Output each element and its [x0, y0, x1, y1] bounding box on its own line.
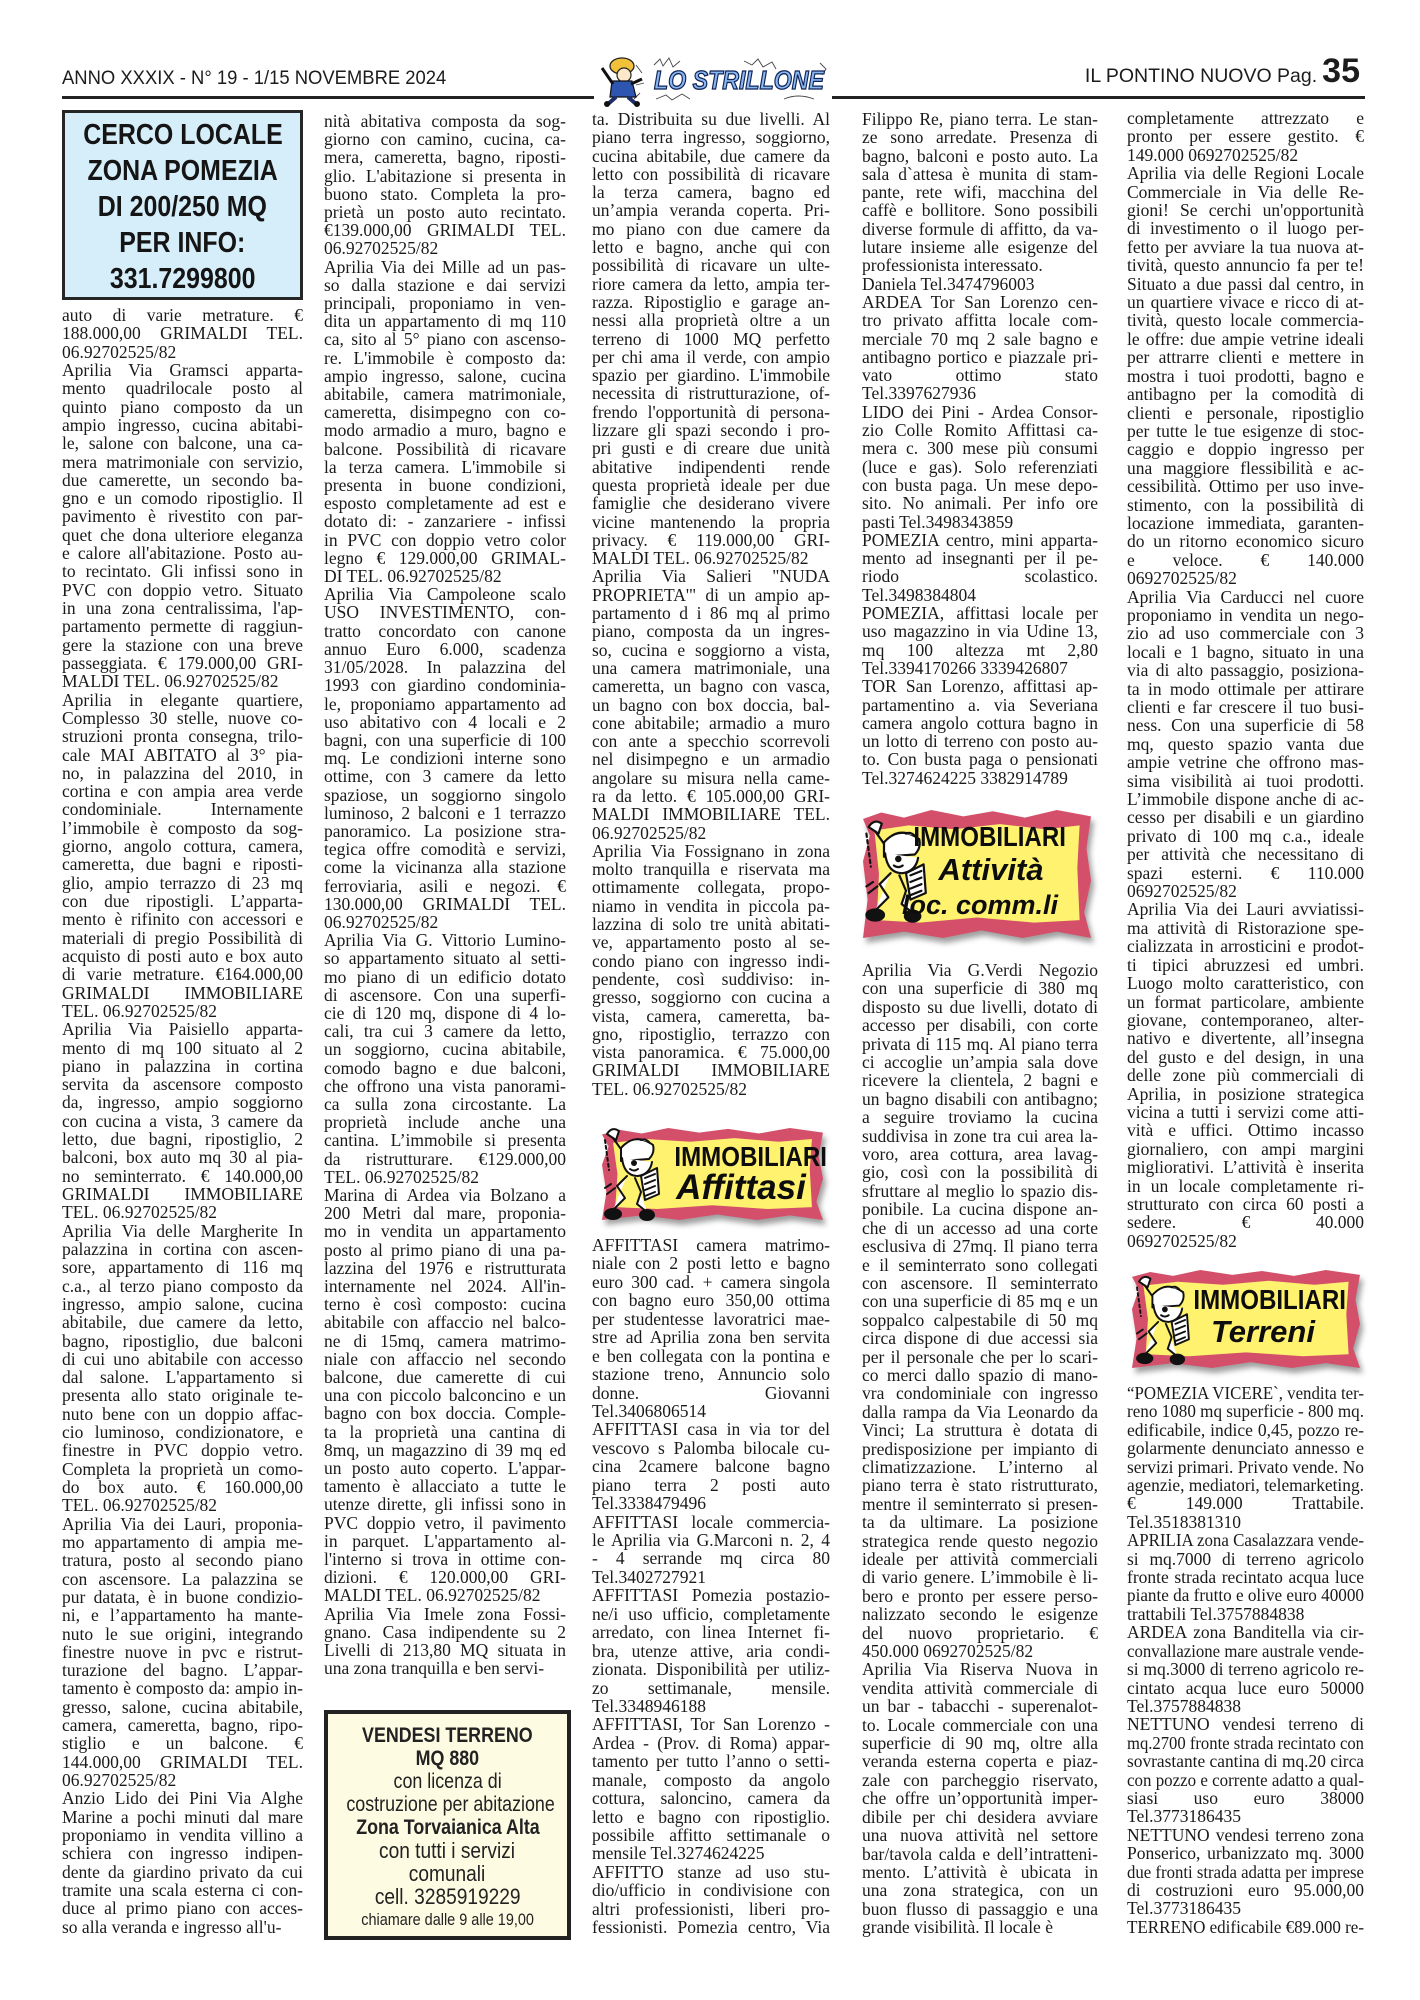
listing-line-text: nel disimpegno e un armadio [592, 749, 830, 769]
listing-line-text: Marina di Ardea via Bolzano a [324, 1185, 566, 1205]
listing-line-text: AFFITTO stanze ad uso stu- [592, 1862, 830, 1882]
newsboy-logo-icon: LO STRILLONE [594, 53, 832, 107]
listing-line: diverse formule di affitto, da va- [862, 220, 1098, 238]
listing-line-text: ideale per attività commerciali [862, 1549, 1098, 1569]
banner-label: IMMOBILIARI [1181, 1285, 1341, 1315]
listing-line-text: TERRENO edificabile €89.000 re- [1127, 1918, 1364, 1936]
listing-line: ca, sito al 5° piano con ascenso- [324, 330, 566, 348]
listing-line: niale con 2 posti letto e bagno [592, 1254, 830, 1272]
listing-line: si mq.3000 di terreno agricolo re- [1127, 1660, 1364, 1678]
listing-line-text: privato di 100 mq c.a., ideale [1127, 826, 1364, 846]
listing-line: mo piano di un edificio dotato [324, 968, 566, 986]
listing-line-text: un bar - tabacchi - superenalot- [862, 1696, 1098, 1716]
listing-line-text: ca sulla zona circostante. La [324, 1094, 566, 1114]
listing-line: Completa la proprietà un como- [62, 1460, 303, 1478]
listing-line-text: partamentino a. via Severiana [862, 695, 1098, 715]
listing-line-text: accesso per disabili, con corte [862, 1015, 1098, 1035]
listing-line-text: - 4 serrande mq circa 80 [592, 1548, 830, 1568]
listing-line-text: to. Con busta paga o pensionati [862, 749, 1098, 769]
listing-line: letto con possibilità di ricavare [592, 165, 830, 183]
listing-line-text: mento quadrilocale posto al [62, 378, 303, 398]
listing-line-text: LIDO dei Pini - Ardea Consor- [862, 402, 1098, 422]
listing-line-text: clienti e personale, ripostiglio [1127, 403, 1364, 423]
listing-line-text: uso magazzino in via Udine 13, [862, 621, 1098, 641]
listing-line-text: buon flusso di passaggio e una [862, 1899, 1098, 1919]
listing-line: abitabile, camera matrimoniale, [324, 385, 566, 403]
listing-line: dotato di: - zanzariere - infissi [324, 512, 566, 530]
listing-line-text: 31/05/2028. In palazzina del [324, 657, 566, 677]
listing-line: stimento, con la possibilità di [1127, 496, 1364, 514]
listing-line-text: ness. Con una superficie di 58 [1127, 715, 1364, 735]
ad-line: PER INFO: [65, 225, 300, 261]
listing-line-text: agenzie, mediatori, telemarketing. [1127, 1476, 1364, 1494]
listing-line-text: frendo l'opportunità di persona- [592, 402, 830, 422]
listing-line-text: mera, cameretta, bagno, riposti- [324, 147, 566, 167]
listing-line-text: spazio per giardino. L'immobile [592, 365, 830, 385]
listing-line: sfruttare al meglio lo spazio dis- [862, 1182, 1098, 1200]
listing-line-text: gioni! Se cerchi un'opportunità [1127, 200, 1364, 220]
listing-line: stre ad Aprilia zona ben servita [592, 1328, 830, 1346]
listing-line-text: 0692702525/82 [1127, 568, 1237, 588]
listing-line-text: ampie vetrine che offrono mas- [1127, 752, 1364, 772]
listing-line: gresso, salone, cucina abitabile, [62, 1698, 303, 1716]
listing-line-text: antibagno per la comodità di [1127, 384, 1364, 404]
listing-line-text: tratto concordato con canone [324, 621, 566, 641]
listing-line: abitabile, due camere da letto, [62, 1313, 303, 1331]
listing-line: circa dispone di due accessi sia [862, 1329, 1098, 1347]
listing-line: pavimento è rivestito con par- [62, 507, 303, 525]
listing-line-text: con busta paga. Un mese depo- [862, 475, 1098, 495]
listing-line: Aprilia, in posizione strategica [1127, 1085, 1364, 1103]
listing-line-text: ta. Distribuita su due livelli. Al [592, 109, 830, 129]
listing-line-text: terreno di 1000 MQ perfetto [592, 329, 830, 349]
listing-line: TEL. 06.92702525/82 [592, 1080, 830, 1098]
listing-line-text: cina 2camere balcone bagno [592, 1456, 830, 1476]
listing-line: ness. Con una superficie di 58 [1127, 716, 1364, 734]
listing-line-text: con una superficie di 85 mq e un [862, 1291, 1098, 1311]
listing: Aprilia Via delle Margherite Inpalazzina… [62, 1222, 303, 1515]
listing-line-text: che offre un’opportunità imper- [862, 1788, 1098, 1808]
listing-line: fessionisti. Pomezia centro, Via [592, 1918, 830, 1936]
listing-line-text: disposto su due livelli, dotato di [862, 997, 1098, 1017]
listing-line-text: Marine a pochi minuti dal mare [62, 1807, 303, 1827]
listing-line: nuto le sue origini, integrando [62, 1625, 303, 1643]
listing-line-text: pasti Tel.3498343859 [862, 512, 1013, 532]
listing-line: Anzio Lido dei Pini Via Alghe [62, 1789, 303, 1807]
listing-line: glio. L'abitazione si presenta in [324, 167, 566, 185]
listing-line: ta. Distribuita su due livelli. Al [592, 110, 830, 128]
listing-line: Situato a due passi dal centro, in [1127, 275, 1364, 293]
listing-line: cameretta, un bagno con vasca, [592, 677, 830, 695]
listing: Aprilia Via dei Mille ad un pas-so dalla… [324, 258, 566, 586]
listing-line-text: sedere. € 40.000 [1127, 1212, 1364, 1232]
listing-line: Filippo Re, piano terra. Le stan- [862, 110, 1098, 128]
banner-subcategory-text: loc. comm.li [902, 888, 1058, 922]
listing-line: come la vicinanza alla stazione [324, 858, 566, 876]
listing-line: TEL. 06.92702525/82 [324, 1168, 566, 1186]
listing-line-text: finestre nuove in pvc e ristrut- [62, 1642, 303, 1662]
listing-line: nativo e divertente, all’insegna [1127, 1029, 1364, 1047]
publication-name: IL PONTINO NUOVO Pag. [1085, 65, 1317, 88]
listing-line-text: NETTUNO vendesi terreno di [1127, 1714, 1364, 1734]
listing-line: DI TEL. 06.92702525/82 [324, 567, 566, 585]
listing-line-text: 06.92702525/82 [324, 238, 438, 258]
listing-line-text: balcone, due camerette di cui [324, 1367, 566, 1387]
listing-line-text: un format particolare, ambiente [1127, 992, 1364, 1012]
listing-line-text: spazi esterni. € 110.000 [1127, 863, 1364, 883]
listing-line: mento. L’attività è ubicata in [862, 1863, 1098, 1881]
listing-line-text: edificabile, indice 0,45, pozzo re- [1127, 1420, 1364, 1440]
listing-line-text: pri gusti e di creare due unità [592, 438, 830, 458]
listing-line-text: possibile affitto settimanale o [592, 1825, 830, 1845]
listing-line: quet che dona ulteriore eleganza [62, 526, 303, 544]
listing-line: le, proponiamo appartamento ad [324, 695, 566, 713]
listing-line: con cucina a vista, 3 camere da [62, 1112, 303, 1130]
listing-line: ottimamente collegata, propo- [592, 878, 830, 896]
listing-line: giovane, contemporaneo, alter- [1127, 1011, 1364, 1029]
listing-line: un quartiere vivace e ricco di at- [1127, 293, 1364, 311]
listing-line: ne di 15mq, camera matrimo- [324, 1332, 566, 1350]
listing-line: tamento per tutto l’anno o setti- [592, 1752, 830, 1770]
listing-line-text: sito. No animali. Per info ore [862, 493, 1098, 513]
listing-line-text: quet che dona ulteriore eleganza [62, 525, 303, 545]
listing-line: un posto auto coperto. L'appar- [324, 1459, 566, 1477]
listing-line-text: DI TEL. 06.92702525/82 [324, 566, 502, 586]
listing-line-text: quinto piano composto da un [62, 397, 303, 417]
listing-line-text: come la vicinanza alla stazione [324, 857, 566, 877]
listing-line-text: antibagno portico e piazzale pri- [862, 347, 1098, 367]
listing-line-text: una maggiore flessibilità e ac- [1127, 458, 1364, 478]
listing-line-text: mo piano di un edificio dotato [324, 967, 566, 987]
listing-line: stiglio e un balcone. € [62, 1734, 303, 1752]
listing-line: Aprilia in elegante quartiere, [62, 691, 303, 709]
listing-line-text: per attrarre clienti e mettere in [1127, 347, 1364, 367]
listing-line-text: Aprilia Via Fossignano in zona [592, 841, 830, 861]
listing-line: bar/tavola calda e dell’intratteni- [862, 1845, 1098, 1863]
listing-line: Tel.3397627936 [862, 384, 1098, 402]
listing-line-text: mq, questo spazio vanta due [1127, 734, 1364, 754]
listing-line-text: 06.92702525/82 [62, 342, 176, 362]
listing-line-text: ra da letto. € 105.000,00 GRI- [592, 786, 830, 806]
listing-line: dizioni. € 120.000,00 GRI- [324, 1568, 566, 1586]
listing-line-text: materiali di pregio Possibilità di [62, 928, 303, 948]
listing-line-text: l'interno si trova in ottime con- [324, 1549, 566, 1569]
listing-line: partamento d i 86 mq al primo [592, 604, 830, 622]
listing-line-text: NETTUNO vendesi terreno zona [1127, 1825, 1364, 1845]
ad-line-text: comunali [409, 1862, 486, 1885]
banner-category: Affittasi [661, 1171, 821, 1205]
listing-line-text: mentre il seminterrato si presen- [862, 1494, 1098, 1514]
listing-line-text: 06.92702525/82 [324, 912, 438, 932]
listing-line-text: POMEZIA centro, mini apparta- [862, 530, 1098, 550]
listing-line: caffè e bollitore. Sono possibili [862, 201, 1098, 219]
listing-line-text: abitative indipendenti rende [592, 457, 830, 477]
listing-line: gno e un comodo ripostiglio. Il [62, 489, 303, 507]
listing-line-text: esclusiva di 27mq. Il piano terra [862, 1236, 1098, 1256]
listing-line-text: so dalla stazione e dai servizi [324, 275, 566, 295]
listing-line: AFFITTASI camera matrimo- [592, 1236, 830, 1254]
listing-line: 06.92702525/82 [324, 913, 566, 931]
listing-line: ricevere la clientela, 2 bagni e [862, 1071, 1098, 1089]
listing-line-text: e il seminterrato sono collegati [862, 1255, 1098, 1275]
listing-line-text: le, proponiamo appartamento ad [324, 694, 566, 714]
listing-line-text: abitabile, camera matrimoniale, [324, 384, 566, 404]
listing-line-text: dibile per chi desidera avviare [862, 1807, 1098, 1827]
listing-line: 06.92702525/82 [62, 1771, 303, 1789]
listing-line: manale, composto da angolo [592, 1771, 830, 1789]
listing-line: con bagno euro 350,00 ottima [592, 1291, 830, 1309]
listing-line-text: completamente attrezzato e [1127, 108, 1364, 128]
listing-line: molto tranquilla e riservata ma [592, 860, 830, 878]
listing-line: sito. No animali. Per info ore [862, 494, 1098, 512]
listing-line: Aprilia Via Gramsci apparta- [62, 361, 303, 379]
listing-line: con due ripostigli. L’apparta- [62, 892, 303, 910]
listing-line: ampio ingresso, cucina abitabi- [62, 416, 303, 434]
listing-line: per attività che necessitano di [1127, 845, 1364, 863]
listing-line-text: possibilità di ricavare un ulte- [592, 255, 830, 275]
listing-line: con una superficie di 85 mq e un [862, 1292, 1098, 1310]
listing-line-text: ti tipici abruzzesi ed umbri. [1127, 955, 1364, 975]
listing-line-text: 130.000,00 GRIMALDI TEL. [324, 894, 566, 914]
listing-line: uso magazzino in via Udine 13, [862, 622, 1098, 640]
listing-line-text: Daniela Tel.3474796003 [862, 274, 1034, 294]
listing-line: struzioni pronta consegna, trilo- [62, 727, 303, 745]
listing-line: migliorativi. L’attività è inserita [1127, 1158, 1364, 1176]
listing-line-text: tamento è allacciato a tutte le [324, 1476, 566, 1496]
listing: Aprilia Via Riserva Nuova invendita atti… [862, 1660, 1098, 1936]
listing-line-text: e veloce. € 140.000 [1127, 550, 1364, 570]
listing-line: re. L'immobile è composto da: [324, 349, 566, 367]
listing-line: nalizzato secondo le esigenze [862, 1605, 1098, 1623]
listing-line: gioni! Se cerchi un'opportunità [1127, 201, 1364, 219]
listing-line-text: sala d`attesa è munita di stam- [862, 164, 1098, 184]
listing-line-text: posto al primo piano di una pa- [324, 1240, 566, 1260]
listing-line: da, ingresso, ampio soggiorno [62, 1093, 303, 1111]
listing-line: mo in vendita un appartamento [324, 1222, 566, 1240]
listing-line-text: Aprilia Via Gramsci apparta- [62, 360, 303, 380]
listing-line: piano in palazzina in cortina [62, 1057, 303, 1075]
listing-line: materiali di pregio Possibilità di [62, 929, 303, 947]
listing-line-text: do box auto. € 160.000,00 [62, 1477, 303, 1497]
listing-line-text: panoramico. La posizione stra- [324, 821, 566, 841]
ad-line-text: con tutti i servizi [379, 1839, 515, 1862]
listing-line: bagni, con una superficie di 100 [324, 731, 566, 749]
listing-line-text: niale con 2 posti letto e bagno [592, 1253, 830, 1273]
listing-line: con ascensore. Il seminterrato [862, 1274, 1098, 1292]
listing-line: privacy. € 119.000,00 GRI- [592, 531, 830, 549]
ad-line-text: DI 200/250 MQ [98, 189, 267, 225]
listing: Aprilia Via Fossignano in zonamolto tran… [592, 842, 830, 1098]
listing-line-text: cameretta, un bagno con vasca, [592, 676, 830, 696]
listing-line-text: mensile Tel.3274624225 [592, 1843, 764, 1863]
listing-line: 188.000,00 GRIMALDI TEL. [62, 324, 303, 342]
listing-line: 0692702525/82 [1127, 1232, 1364, 1250]
listing-line: riodo scolastico. [862, 567, 1098, 585]
listing-line-text: trattabili Tel.3757884838 [1127, 1604, 1304, 1624]
listing-line-text: re. L'immobile è composto da: [324, 348, 566, 368]
listing-line-text: pur datata, è in buone condizio- [62, 1587, 303, 1607]
listing-line-text: giorno, angolo cottura, camera, [62, 836, 303, 856]
listing-line: e calore all'abitazione. Posto au- [62, 544, 303, 562]
listing-line-text: ze sono arredate. Presenza di [862, 127, 1098, 147]
listing-line: vicine mantenendo la propria [592, 513, 830, 531]
listing-line-text: suddivisa in zone tra cui area la- [862, 1126, 1098, 1146]
column-2-listings: nità abitativa composta da sog-giorno co… [324, 112, 566, 1677]
listing-line: cio luminoso, condizionatore, e [62, 1423, 303, 1441]
listing-line: spazi esterni. € 110.000 [1127, 864, 1364, 882]
listing-line: tramite una scala esterna ci con- [62, 1881, 303, 1899]
listing-line-text: principali, proponiamo in ven- [324, 293, 566, 313]
listing-line-text: ARDEA Tor San Lorenzo cen- [862, 292, 1098, 312]
listing-line: AFFITTO stanze ad uso stu- [592, 1863, 830, 1881]
listing-line: accesso per disabili, con corte [862, 1016, 1098, 1034]
listing-line-text: golarmente denunciato annesso e [1127, 1438, 1364, 1458]
listing-line: € 149.000 Trattabile. [1127, 1494, 1364, 1512]
listing-line-text: camera angolo cottura bagno in [862, 713, 1098, 733]
listing-line-text: so alla veranda e ingresso all'u- [62, 1917, 281, 1937]
listing-line: Aprilia Via dei Lauri avviatissi- [1127, 900, 1364, 918]
listing-line: dal salone. L'appartamento si [62, 1368, 303, 1386]
listing-line-text: cesso per disabili e un giardino [1127, 807, 1364, 827]
listing-line-text: una zona tranquilla e ben servi- [324, 1658, 544, 1678]
listing-line-text: 0692702525/82 [1127, 1231, 1237, 1251]
listing-line-text: circa dispone di due accessi sia [862, 1328, 1098, 1348]
listing-line: tività, questo locale commercia- [1127, 311, 1364, 329]
listing-line-text: finestre in PVC doppio vetro. [62, 1440, 303, 1460]
listing-line-text: clienti e far crescere il tuo busi- [1127, 697, 1364, 717]
listing-line: vato ottimo stato [862, 366, 1098, 384]
listing-line-text: ne/i uso ufficio, completamente [592, 1604, 830, 1624]
listing-line: nità abitativa composta da sog- [324, 112, 566, 130]
listing-line: bagno con box doccia. Comple- [324, 1404, 566, 1422]
listing-line: to recintato. Gli infissi sono in [62, 562, 303, 580]
listing-line: locali e 1 bagno, situato in una [1127, 643, 1364, 661]
listing-line: sore, appartamento di 116 mq [62, 1258, 303, 1276]
listing-line: Aprilia Via Paisiello apparta- [62, 1020, 303, 1038]
listing-line-text: cameretta, disimpegno con co- [324, 402, 566, 422]
listing-line: modo armadio a muro, bagno e [324, 421, 566, 439]
listing-line: do un ritorno economico sicuro [1127, 532, 1364, 550]
listing-line-text: la terza camera, bagno ed [592, 182, 830, 202]
banner-label-text: IMMOBILIARI [1193, 1285, 1345, 1315]
listing-line-text: cintato acqua luce euro 50000 [1127, 1678, 1364, 1698]
listing-line-text: ma attività di Ristorazione spe- [1127, 918, 1364, 938]
listing-line: piante da frutto e olive euro 40000 [1127, 1586, 1364, 1604]
listing-line: sima visibilità ai tuoi prodotti. [1127, 772, 1364, 790]
listing-line-text: dio/ufficio in condivisione con [592, 1880, 830, 1900]
listing-line-text: AFFITTASI camera matrimo- [592, 1235, 830, 1255]
banner-immobiliari-terreni: IMMOBILIARI Terreni [1130, 1268, 1364, 1374]
listing-line: pendente, così suddiviso: in- [592, 970, 830, 988]
listing-line: acquisto di posti auto e box auto [62, 947, 303, 965]
listing-line: ampie vetrine che offrono mas- [1127, 753, 1364, 771]
listing-line-text: ricevere la clientela, 2 bagni e [862, 1070, 1098, 1090]
listing-line-text: glio. L'abitazione si presenta in [324, 166, 566, 186]
listing-line-text: piano terra è stato ristrutturato, [862, 1475, 1098, 1495]
listing-line: pronto per essere gestito. € [1127, 127, 1364, 145]
listing-line-text: nità abitativa composta da sog- [324, 111, 566, 131]
listing-line: privato di 100 mq c.a., ideale [1127, 827, 1364, 845]
listing: AFFITTASI locale commercia-le Aprilia vi… [592, 1513, 830, 1587]
listing-line: un bagno disabili con antibagno; [862, 1090, 1098, 1108]
listing-line-text: buono stato. Completa la pro- [324, 184, 566, 204]
listing-line-text: mera c. 300 mese più consumi [862, 438, 1098, 458]
listing-line-text: stre ad Aprilia zona ben servita [592, 1327, 830, 1347]
listing-line-text: glio, ampio terrazzo di 23 mq [62, 873, 303, 893]
listing-line-text: GRIMALDI IMMOBILIARE [62, 983, 303, 1003]
listing-line: gnano. Casa indipendente su 2 [324, 1623, 566, 1641]
listing-line: lizzare gli spazi secondo i pro- [592, 421, 830, 439]
listing-line: 06.92702525/82 [62, 343, 303, 361]
listing-line: in un locale completamente ri- [1127, 1177, 1364, 1195]
lo-strillone-logo: LO STRILLONE [594, 53, 832, 107]
listing-line-text: GRIMALDI IMMOBILIARE [62, 1184, 303, 1204]
ad-line-text: CERCO LOCALE [83, 117, 283, 153]
listing-line: ingresso, ampio salone, cucina [62, 1295, 303, 1313]
listing-line: giornaliero, con ampi margini [1127, 1140, 1364, 1158]
listing-line: di varie metrature. €164.000,00 [62, 965, 303, 983]
listing-line: completamente attrezzato e [1127, 109, 1364, 127]
listing-line-text: mento è rifinito con accessori e [62, 909, 303, 929]
listing-line: e veloce. € 140.000 [1127, 551, 1364, 569]
listing-line-text: letto e bagno, anche qui con [592, 237, 830, 257]
listing-line: condominiale. Internamente [62, 800, 303, 818]
listing-line: 149.000 0692702525/82 [1127, 146, 1364, 164]
listing-line-text: servizi primari. Privato vende. No [1127, 1458, 1364, 1476]
listing-line-text: Tel.3406806514 [592, 1401, 706, 1421]
listing-line-text: bar/tavola calda e dell’intratteni- [862, 1844, 1098, 1864]
ad-hours: chiamare dalle 9 alle 19,00 [328, 1908, 567, 1931]
listing-line: GRIMALDI IMMOBILIARE [62, 1185, 303, 1203]
listing-line-text: a seguire troviamo la cucina [862, 1107, 1098, 1127]
listing-line-text: un bagno con box doccia, bal- [592, 695, 830, 715]
listing-line: zo settimanale, mensile. [592, 1679, 830, 1697]
listing-line-text: voro, area cottura, area lavag- [862, 1144, 1098, 1164]
listing-line-text: Aprilia Via Campoleone scalo [324, 584, 566, 604]
listing-line-text: ferroviaria, asili e negozi. € [324, 876, 566, 896]
listing-line: ampio ingresso, salone, cucina [324, 367, 566, 385]
listing-line-text: cializzata in arrosticini e prodot- [1127, 936, 1364, 956]
listing-line: ponibile. La cucina dispone an- [862, 1200, 1098, 1218]
listing-line: USO INVESTIMENTO, con- [324, 603, 566, 621]
listing-line-text: USO INVESTIMENTO, con- [324, 602, 566, 622]
listing-line-text: tamento è composto da: ampio in- [62, 1678, 303, 1698]
listing-line-text: pavimento è rivestito con par- [62, 506, 303, 526]
listing-line: donne. Giovanni [592, 1384, 830, 1402]
listing-line: le, salone con balcone, una ca- [62, 434, 303, 452]
listing-line-text: vendita attività commerciale di [862, 1678, 1098, 1698]
listing: POMEZIA, affittasi locale peruso magazzi… [862, 604, 1098, 677]
ad-title: VENDESI TERRENO [328, 1724, 567, 1747]
listing-line: mq.2700 fronte strada recintato con [1127, 1734, 1364, 1752]
listing-line: gio, così con la possibilità di [862, 1163, 1098, 1181]
listing-line: Tel.3394170266 3339426807 [862, 659, 1098, 677]
listing-line: un format particolare, ambiente [1127, 993, 1364, 1011]
listing-line: balcone. Possibilità di ricavare [324, 440, 566, 458]
listing-line-text: 144.000,00 GRIMALDI TEL. [62, 1752, 303, 1772]
listing-line-text: c.a., al terzo piano composto da [62, 1276, 303, 1296]
listing-line: questa proprietà ideale per due [592, 476, 830, 494]
listing-line-text: PVC doppio vetro, il pavimento [324, 1513, 566, 1533]
listing-line: internamente nel 2024. All'in- [324, 1277, 566, 1295]
listing-line-text: via di alto passaggio, posiziona- [1127, 660, 1364, 680]
listing-line: tro privato affitta locale com- [862, 311, 1098, 329]
listing-line: in una zona centralissima, l'ap- [62, 599, 303, 617]
listing-line: di costruzioni euro 95.000,00 [1127, 1881, 1364, 1899]
ad-line-text: 331.7299800 [110, 261, 256, 297]
listing-line: legno € 129.000,00 GRIMAL- [324, 549, 566, 567]
listing-line: nessi alla proprietà oltre a un [592, 311, 830, 329]
